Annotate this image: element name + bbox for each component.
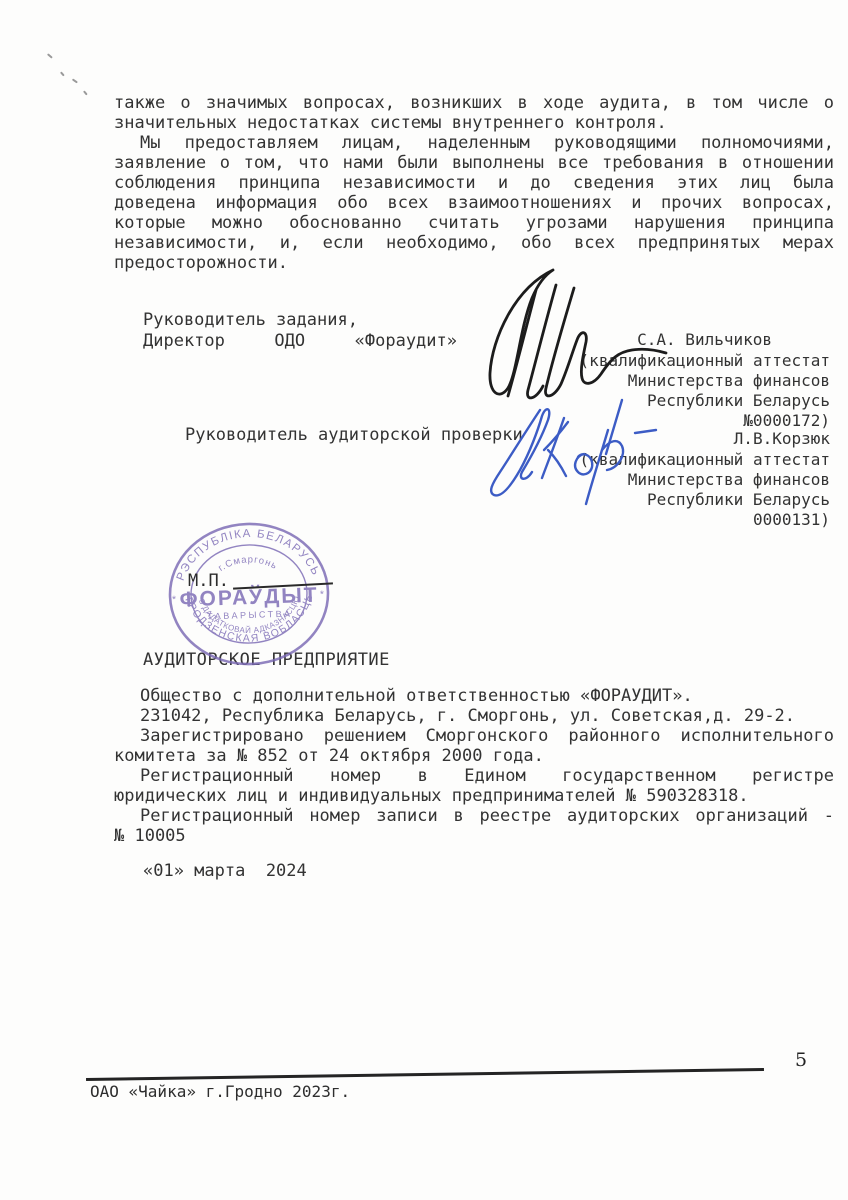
scanned-audit-report-page: также о значимых вопросах, возникших в х… xyxy=(0,0,848,1200)
pen-speck xyxy=(47,53,53,58)
company-stamp: РЭСПУБЛІКА БЕЛАРУСЬ ГРОДЗЕНСКАЯ ВОБЛАСЦЬ… xyxy=(155,509,343,679)
company-details-text: Общество с дополнительной ответственност… xyxy=(114,686,834,846)
task-leader-role: Директор xyxy=(143,331,225,351)
footer-divider-line xyxy=(86,1068,764,1081)
task-leader-role-line1: Руководитель задания, xyxy=(143,310,358,330)
audit-leader-role-label: Руководитель аудиторской проверки xyxy=(185,425,523,445)
report-date: «01» марта 2024 xyxy=(143,861,307,881)
pen-speck xyxy=(60,71,65,76)
task-leader-role-line2: Директор ОДО «Фораудит» xyxy=(143,331,457,351)
pen-speck xyxy=(72,78,78,83)
stamp-right-star: * xyxy=(320,589,324,600)
audit-leader-signature xyxy=(480,392,670,522)
pen-speck xyxy=(83,90,87,95)
task-leader-signature xyxy=(470,258,680,413)
page-number: 5 xyxy=(795,1049,807,1071)
audit-report-body-text: также о значимых вопросах, возникших в х… xyxy=(114,93,834,273)
task-leader-org-name: «Фораудит» xyxy=(355,331,457,351)
task-leader-org-type: ОДО xyxy=(274,331,305,351)
stamp-left-star: * xyxy=(172,595,176,606)
stamp-place-label: М.П. xyxy=(188,571,229,591)
footer-client-label: ОАО «Чайка» г.Гродно 2023г. xyxy=(90,1082,350,1101)
